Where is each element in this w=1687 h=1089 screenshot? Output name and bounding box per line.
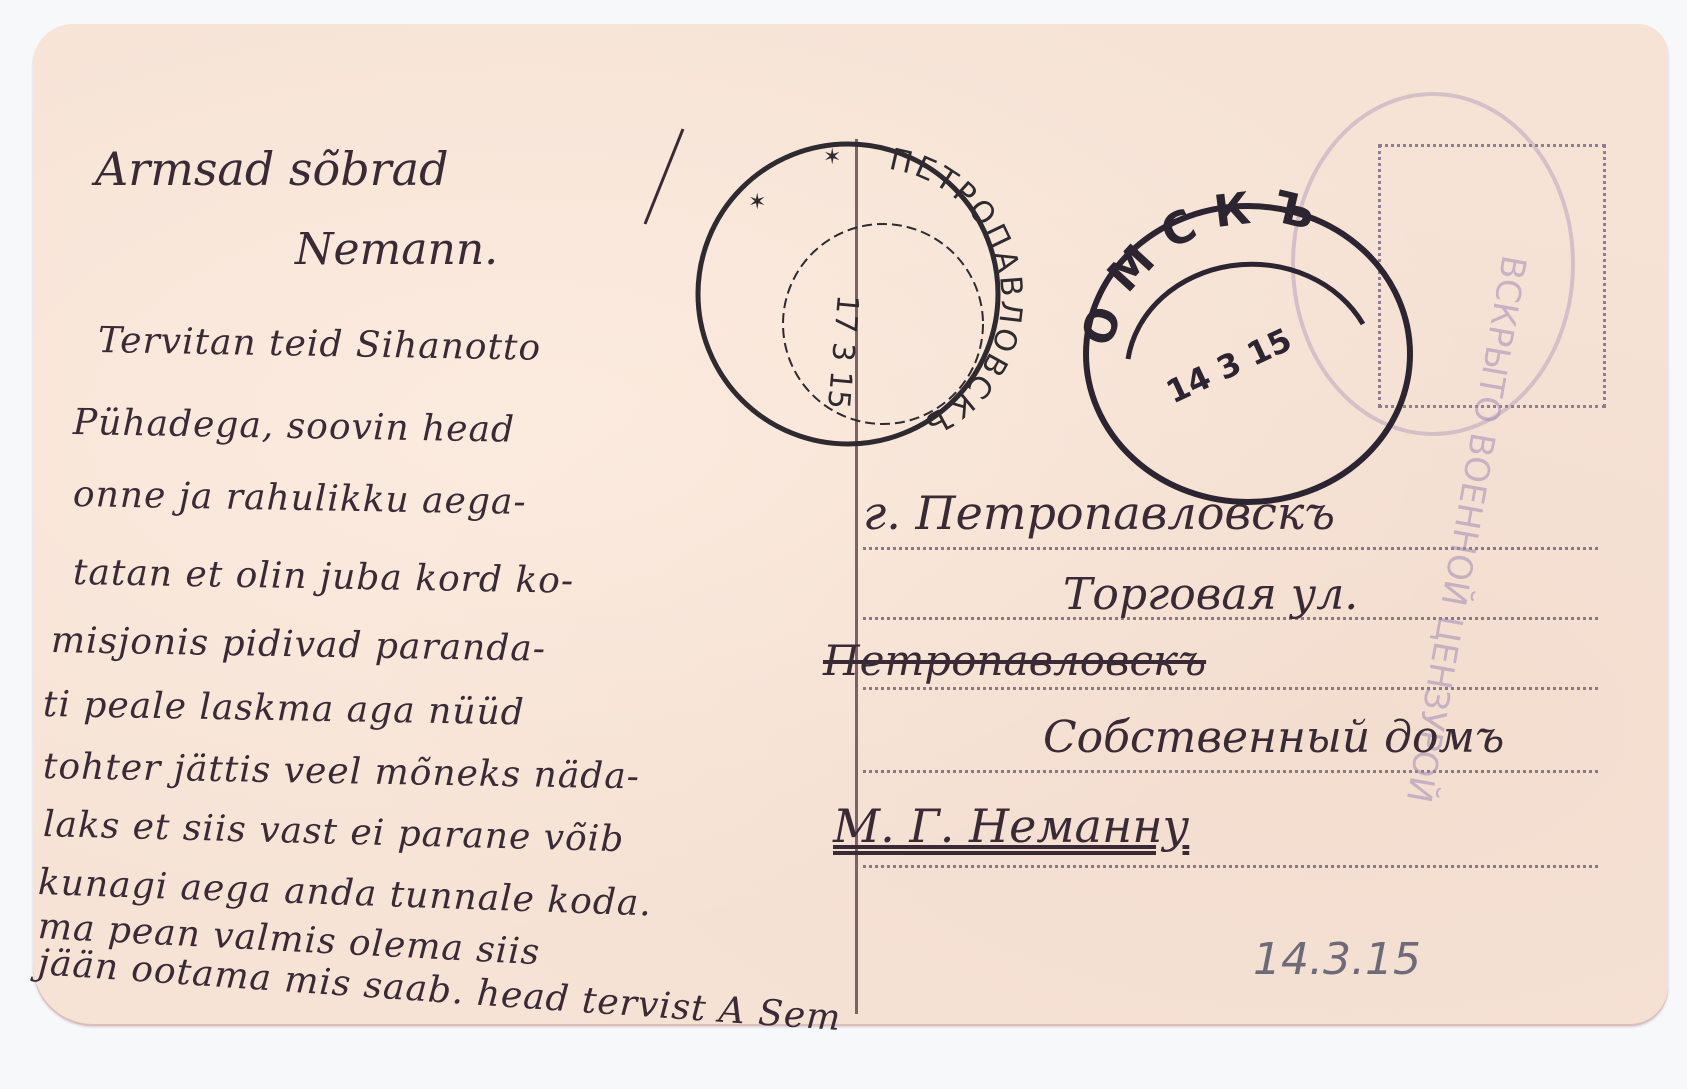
address-recipient: М. Г. Неманну xyxy=(833,799,1189,853)
address-city: г. Петропавловскъ xyxy=(863,486,1335,540)
address-line-dotted xyxy=(863,547,1598,550)
omsk-postmark: ОМСКЪ 14 3 15 xyxy=(1063,144,1443,464)
message-salutation: Armsad sõbrad xyxy=(95,142,449,196)
pencil-date-note: 14.3.15 xyxy=(1253,934,1421,985)
address-street: Торговая ул. xyxy=(1063,569,1358,620)
message-line: tohter jättis veel mõneks näda- xyxy=(43,746,641,797)
svg-text:ПЕТРОПАВЛОВСКЪ: ПЕТРОПАВЛОВСКЪ xyxy=(886,142,1029,443)
message-line: ti peale laskma aga nüüd xyxy=(43,684,525,733)
message-line: tatan et olin juba kord ko- xyxy=(73,552,575,602)
svg-text:✶: ✶ xyxy=(748,190,766,215)
postcard: Armsad sõbrad Nemann. Tervitan teid Siha… xyxy=(33,24,1668,1024)
pen-stroke xyxy=(633,124,693,234)
message-salutation-name: Nemann. xyxy=(295,224,498,275)
message-line: Pühadega, soovin head xyxy=(73,402,516,451)
address-line-dotted xyxy=(863,865,1598,868)
message-line: onne ja rahulikku aega- xyxy=(73,474,527,523)
message-line: misjonis pidivad paranda- xyxy=(51,620,547,670)
message-line: Tervitan teid Sihanotto xyxy=(98,320,542,369)
svg-text:17 3 15: 17 3 15 xyxy=(820,293,865,410)
address-struck-line: Петропавловскъ xyxy=(823,636,1206,685)
message-line: laks et siis vast ei parane võib xyxy=(42,804,624,860)
address-line-dotted xyxy=(863,687,1598,690)
petropavlovsk-postmark: ПЕТРОПАВЛОВСКЪ 17 3 15 ✶ ✶ xyxy=(688,124,1008,444)
svg-text:14 3 15: 14 3 15 xyxy=(1160,320,1297,411)
svg-text:ОМСКЪ: ОМСКЪ xyxy=(1072,181,1337,352)
address-line-dotted xyxy=(863,770,1598,773)
address-house: Собственный домъ xyxy=(1043,712,1504,763)
svg-text:✶: ✶ xyxy=(823,145,841,170)
